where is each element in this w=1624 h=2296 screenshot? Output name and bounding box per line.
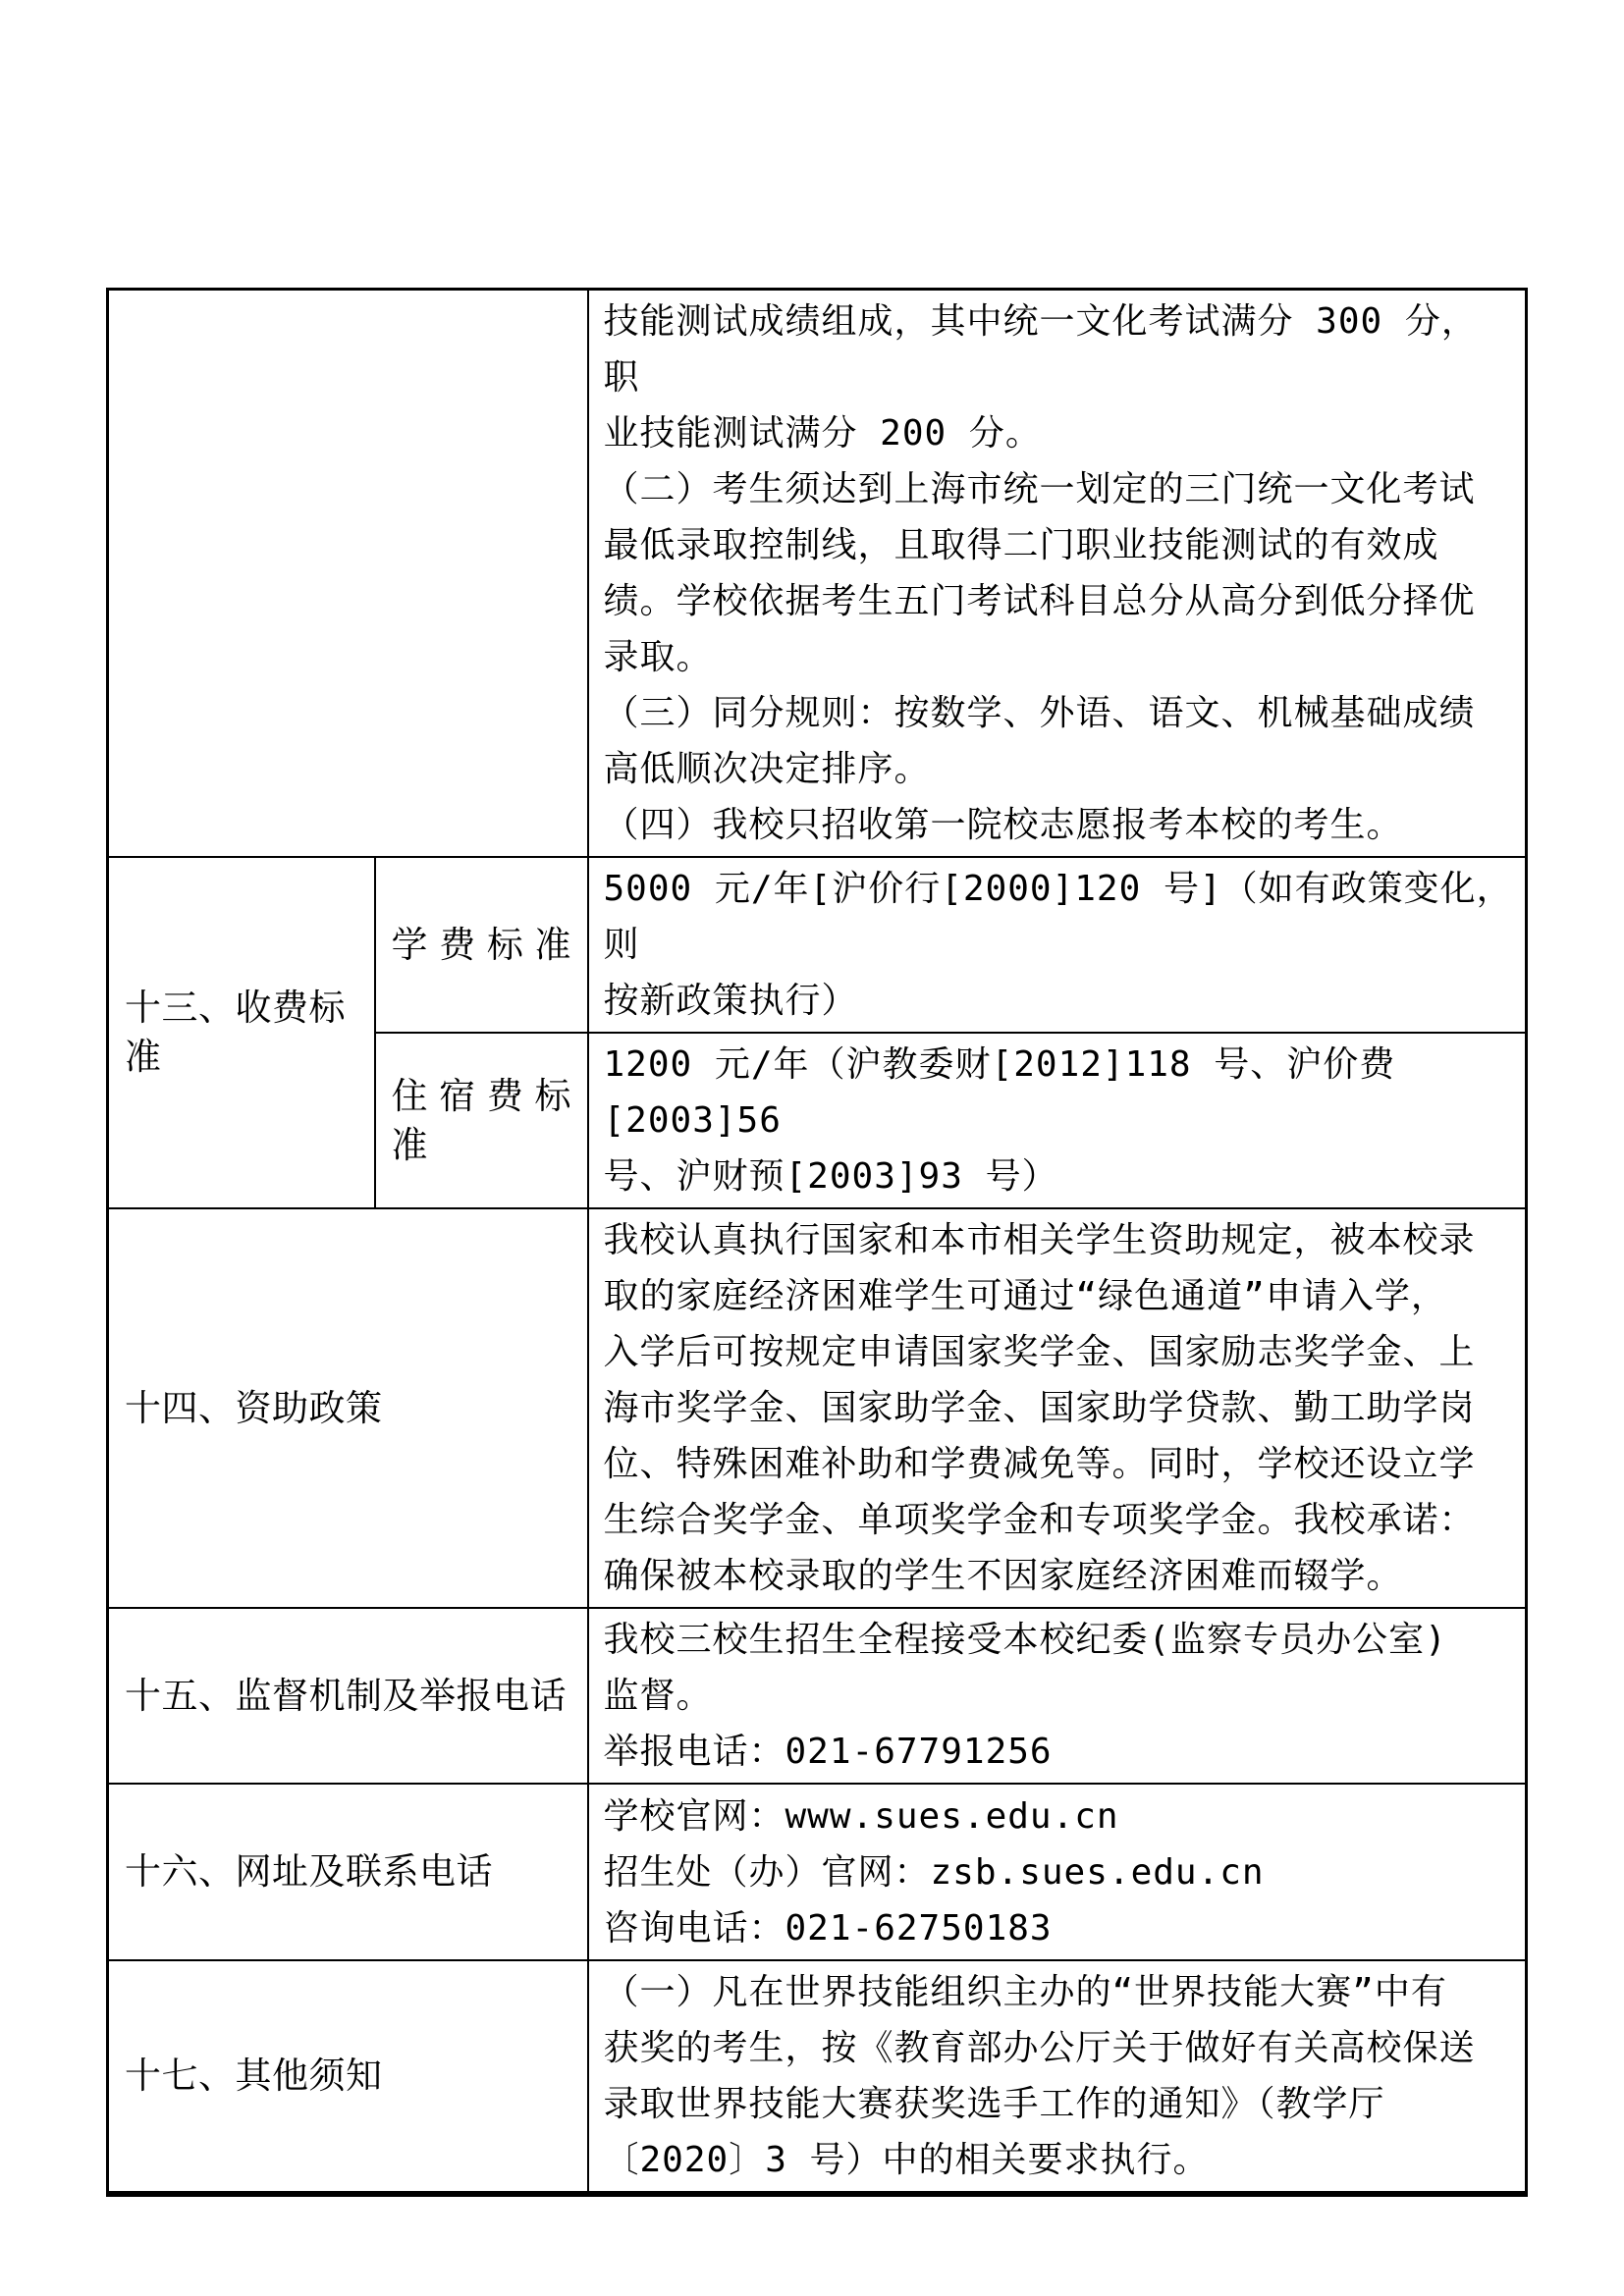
- other-notes-label: 十七、其他须知: [108, 1960, 588, 2194]
- row-tuition-fee: 十三、收费标准 学费标准 5000 元/年[沪价行[2000]120 号]（如有…: [108, 857, 1527, 1033]
- tuition-fee-value: 5000 元/年[沪价行[2000]120 号]（如有政策变化，则 按新政策执行…: [588, 857, 1527, 1033]
- tuition-fee-label: 学费标准: [375, 857, 588, 1033]
- admissions-info-table: 技能测试成绩组成，其中统一文化考试满分 300 分，职 业技能测试满分 200 …: [106, 288, 1528, 2197]
- document-page: 技能测试成绩组成，其中统一文化考试满分 300 分，职 业技能测试满分 200 …: [0, 0, 1624, 2296]
- admission-rules-continued-text: 技能测试成绩组成，其中统一文化考试满分 300 分，职 业技能测试满分 200 …: [588, 290, 1527, 858]
- row-other-notes: 十七、其他须知 （一）凡在世界技能组织主办的“世界技能大赛”中有 获奖的考生，按…: [108, 1960, 1527, 2194]
- row-supervision: 十五、监督机制及举报电话 我校三校生招生全程接受本校纪委(监察专员办公室) 监督…: [108, 1608, 1527, 1784]
- financial-aid-label: 十四、资助政策: [108, 1208, 588, 1608]
- financial-aid-content: 我校认真执行国家和本市相关学生资助规定，被本校录 取的家庭经济困难学生可通过“绿…: [588, 1208, 1527, 1608]
- row-admission-rules-continued: 技能测试成绩组成，其中统一文化考试满分 300 分，职 业技能测试满分 200 …: [108, 290, 1527, 858]
- contact-content: 学校官网：www.sues.edu.cn 招生处（办）官网：zsb.sues.e…: [588, 1784, 1527, 1960]
- continued-row-empty-label-cell: [108, 290, 588, 858]
- contact-label: 十六、网址及联系电话: [108, 1784, 588, 1960]
- row-website-contact: 十六、网址及联系电话 学校官网：www.sues.edu.cn 招生处（办）官网…: [108, 1784, 1527, 1960]
- row-financial-aid: 十四、资助政策 我校认真执行国家和本市相关学生资助规定，被本校录 取的家庭经济困…: [108, 1208, 1527, 1608]
- supervision-content: 我校三校生招生全程接受本校纪委(监察专员办公室) 监督。 举报电话：021-67…: [588, 1608, 1527, 1784]
- accommodation-fee-value: 1200 元/年（沪教委财[2012]118 号、沪价费[2003]56 号、沪…: [588, 1033, 1527, 1208]
- other-notes-content: （一）凡在世界技能组织主办的“世界技能大赛”中有 获奖的考生，按《教育部办公厅关…: [588, 1960, 1527, 2194]
- fees-section-label: 十三、收费标准: [108, 857, 375, 1208]
- supervision-label: 十五、监督机制及举报电话: [108, 1608, 588, 1784]
- accommodation-fee-label: 住宿费标准: [375, 1033, 588, 1208]
